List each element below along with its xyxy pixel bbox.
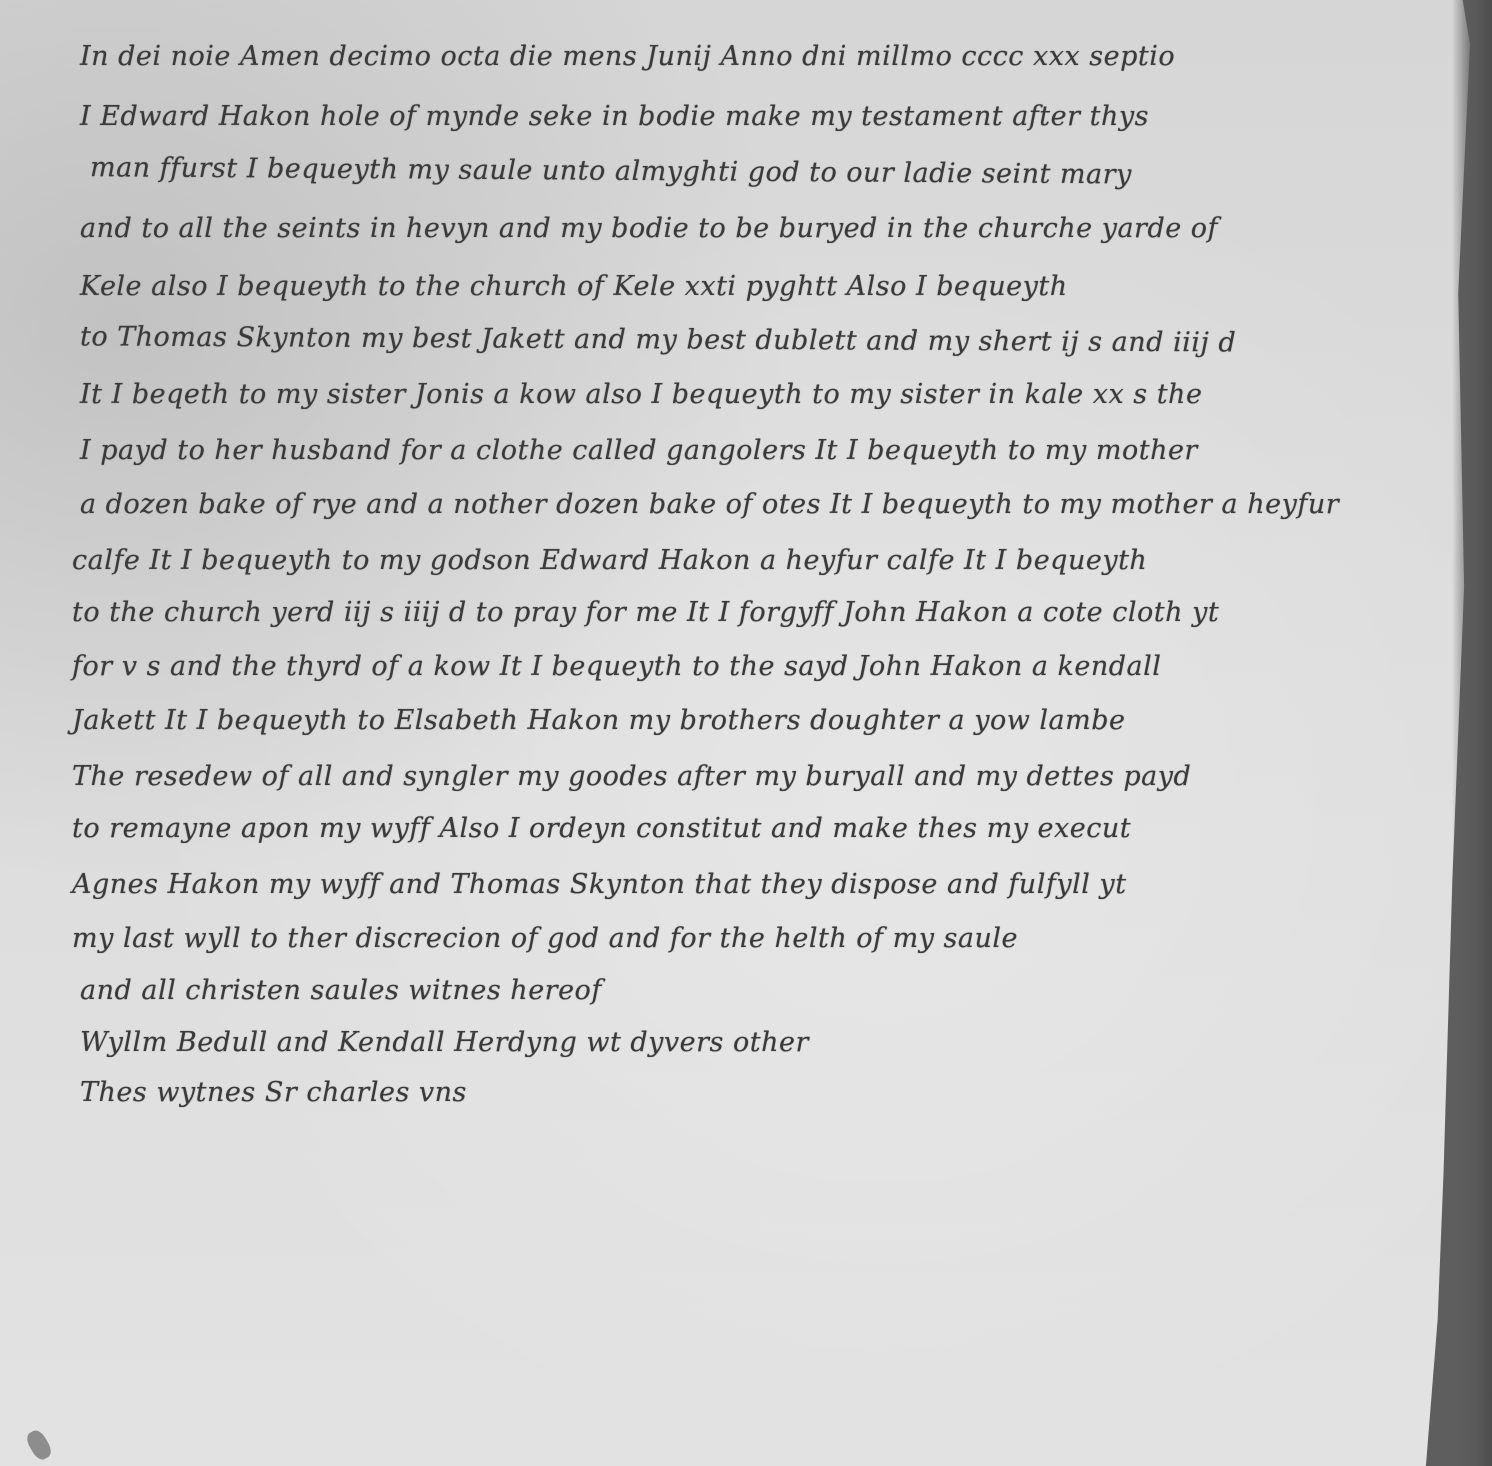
manuscript-line-14: The resedew of all and syngler my goodes…: [72, 750, 1462, 804]
manuscript-line-8: I payd to her husband for a clothe calle…: [80, 424, 1470, 478]
manuscript-line-10: calfe It I bequeyth to my godson Edward …: [72, 534, 1462, 588]
manuscript-line-19: Wyllm Bedull and Kendall Herdyng wt dyve…: [80, 1016, 1470, 1070]
manuscript-line-2: I Edward Hakon hole of mynde seke in bod…: [80, 90, 1470, 144]
page-edge-shadow: [1452, 0, 1492, 1466]
manuscript-line-13: Jakett It I bequeyth to Elsabeth Hakon m…: [72, 694, 1462, 748]
manuscript-line-12: for v s and the thyrd of a kow It I bequ…: [72, 640, 1462, 694]
manuscript-line-6: to Thomas Skynton my best Jakett and my …: [80, 310, 1470, 371]
manuscript-line-15: to remayne apon my wyff Also I ordeyn co…: [72, 802, 1462, 856]
manuscript-line-18: and all christen saules witnes hereof: [80, 964, 1470, 1018]
manuscript-line-4: and to all the seints in hevyn and my bo…: [80, 202, 1470, 256]
manuscript-line-9: a dozen bake of rye and a nother dozen b…: [80, 478, 1470, 532]
manuscript-page: In dei noie Amen decimo octa die mens Ju…: [0, 0, 1470, 1466]
manuscript-line-1: In dei noie Amen decimo octa die mens Ju…: [80, 30, 1470, 84]
manuscript-line-16: Agnes Hakon my wyff and Thomas Skynton t…: [72, 858, 1462, 912]
manuscript-line-3: man ffurst I bequeyth my saule unto almy…: [90, 141, 1480, 205]
manuscript-line-11: to the church yerd iij s iiij d to pray …: [72, 586, 1462, 640]
manuscript-text-block: In dei noie Amen decimo octa die mens Ju…: [80, 30, 1470, 1110]
manuscript-line-7: It I beqeth to my sister Jonis a kow als…: [80, 368, 1470, 422]
manuscript-line-20: Thes wytnes Sr charles vns: [80, 1066, 1470, 1120]
ink-blot-mark: [24, 1428, 55, 1463]
manuscript-line-5: Kele also I bequeyth to the church of Ke…: [80, 260, 1470, 314]
manuscript-line-17: my last wyll to ther discrecion of god a…: [72, 912, 1462, 966]
